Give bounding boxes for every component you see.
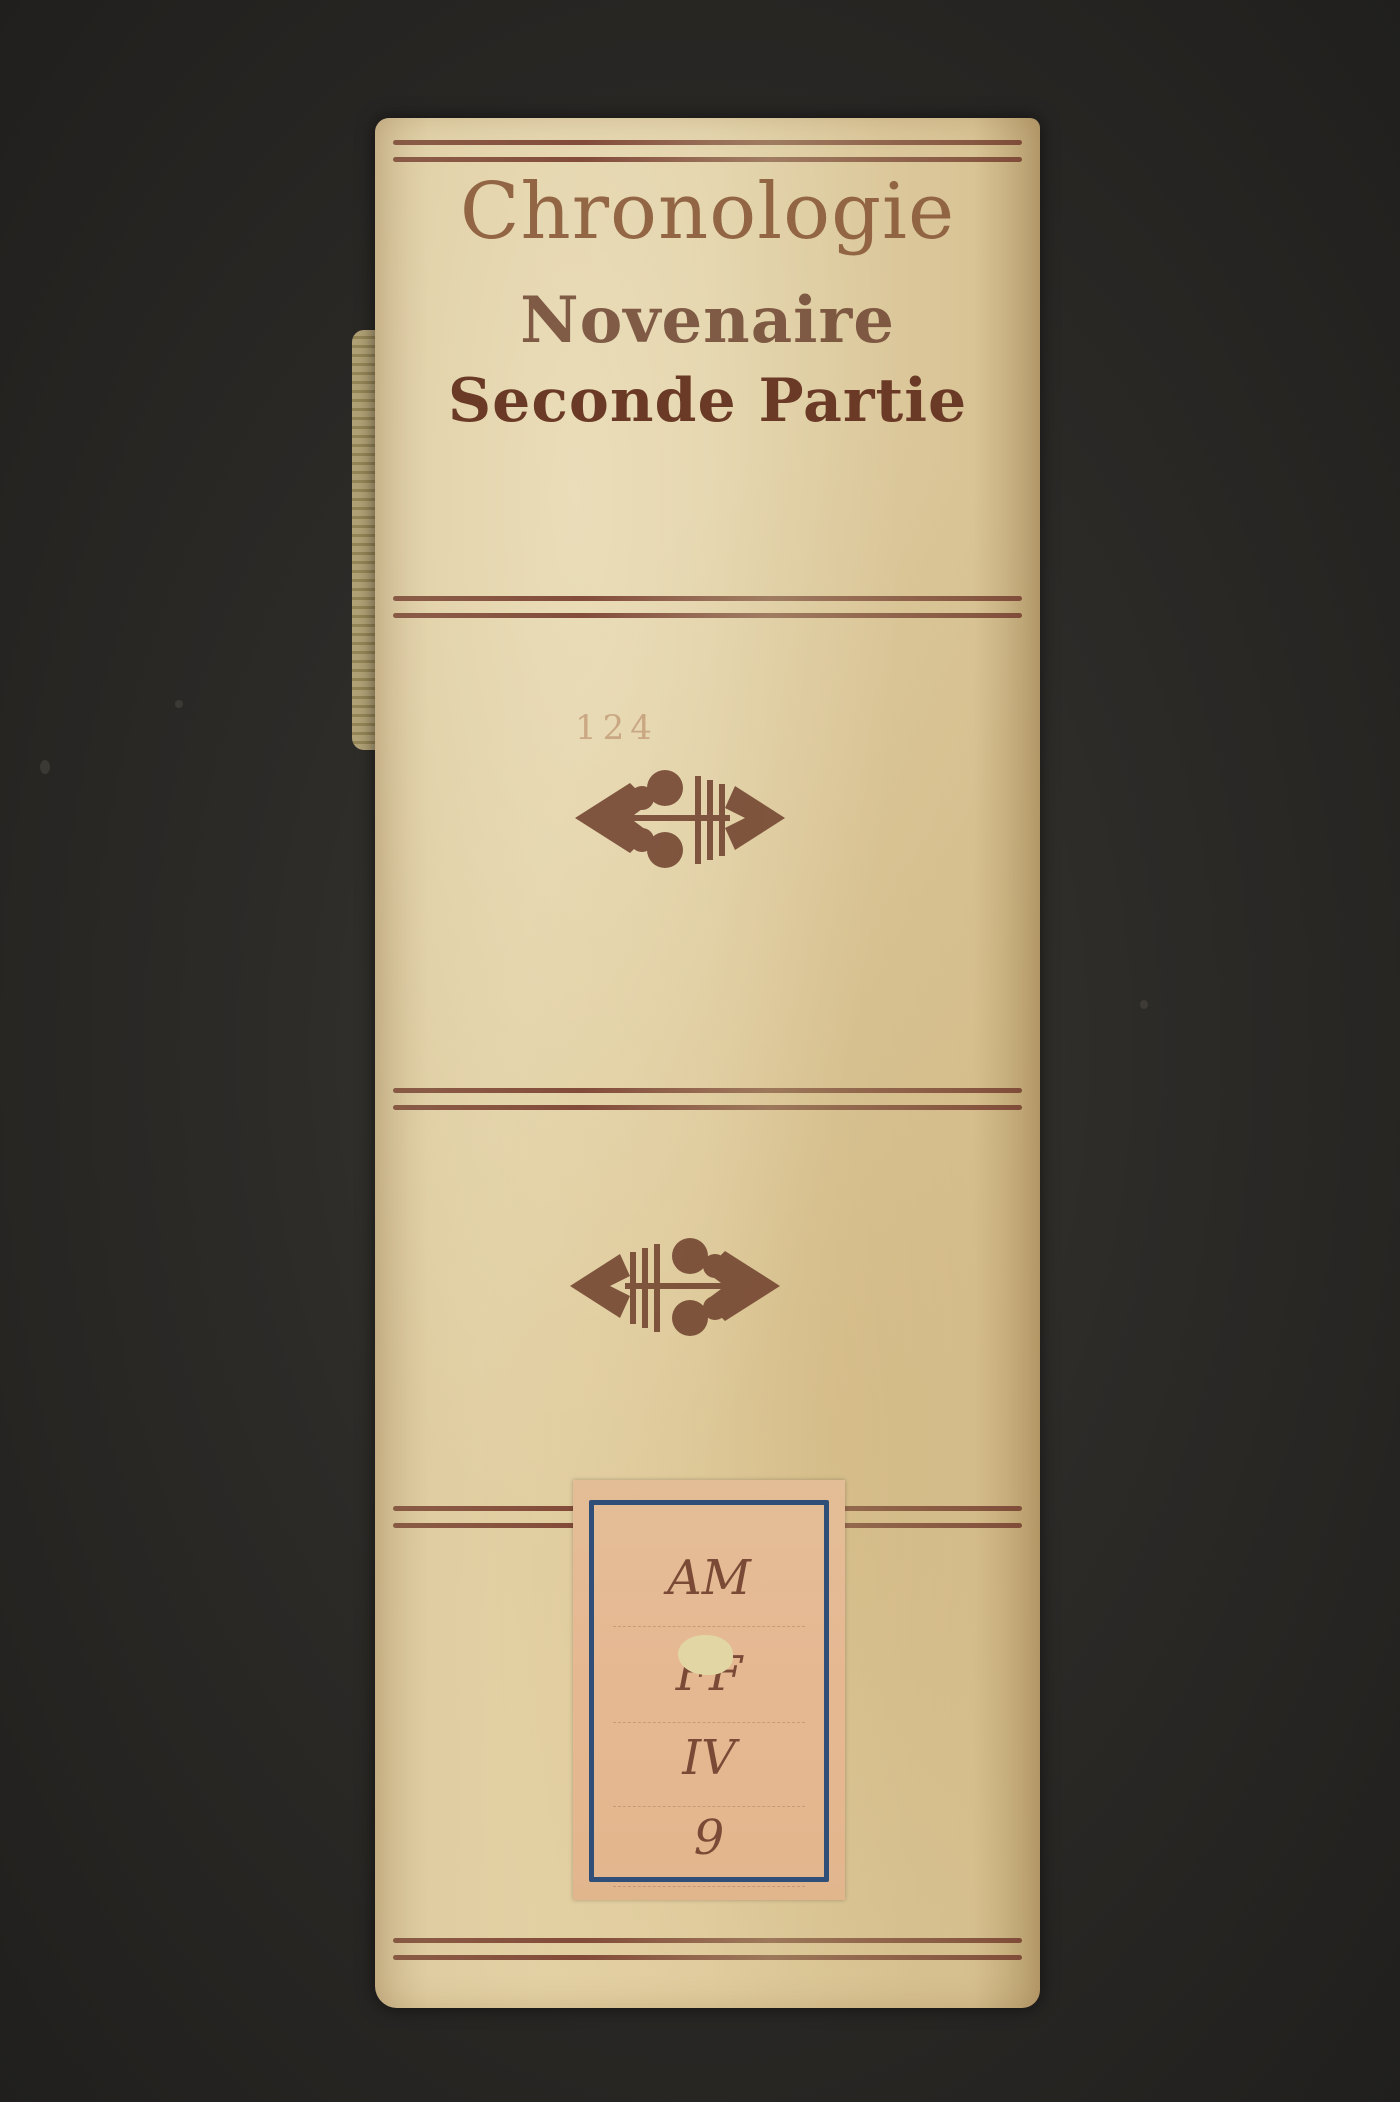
title-line-1: Chronologie (375, 173, 1040, 251)
top-band (393, 140, 1022, 162)
spine-title: Chronologie Novenaire Seconde Partie (375, 173, 1040, 431)
label-row-1: AM (613, 1530, 805, 1627)
label-repair-patch (678, 1635, 733, 1675)
shelfmark-label: AM FF IV 9 (573, 1480, 845, 1900)
backdrop-speck (175, 700, 183, 708)
bottom-band (393, 1938, 1022, 1960)
band-3 (393, 1088, 1022, 1110)
backdrop-speck (1140, 1000, 1148, 1009)
fleuron-ornament-icon (570, 758, 790, 878)
title-line-2: Novenaire (375, 289, 1040, 353)
fleuron-ornament-icon (565, 1226, 785, 1346)
title-line-3: Seconde Partie (375, 371, 1040, 431)
book-spine: Chronologie Novenaire Seconde Partie 124 (375, 118, 1040, 2008)
faint-shelf-number: 124 (575, 708, 658, 748)
backdrop-speck (40, 760, 50, 774)
band-2 (393, 596, 1022, 618)
label-row-4: 9 (613, 1790, 805, 1887)
